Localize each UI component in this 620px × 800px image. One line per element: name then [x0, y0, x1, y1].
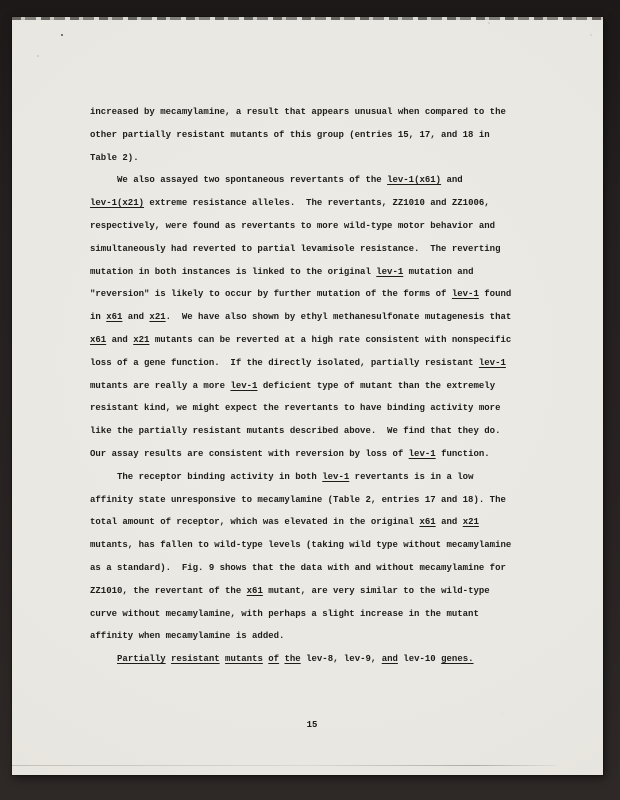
text-line: loss of a gene function. If the directly… [90, 352, 520, 375]
text-segment: resistant kind, we might expect the reve… [90, 403, 500, 413]
scan-background: { "page": { "number": "15", "lines": [ {… [0, 0, 620, 800]
text-line: in x61 and x21. We have also shown by et… [90, 306, 520, 329]
text-segment: curve without mecamylamine, with perhaps… [90, 609, 479, 619]
underlined-text-segment: lev-1 [322, 472, 349, 482]
text-segment: and [441, 175, 463, 185]
text-segment: and [436, 517, 463, 527]
text-segment: . We have also shown by ethyl methanesul… [166, 312, 512, 322]
underlined-text-segment: of [268, 654, 279, 664]
underlined-text-segment: x61 [247, 586, 263, 596]
page-number: 15 [300, 720, 324, 730]
text-segment: mutation in both instances is linked to … [90, 267, 376, 277]
text-segment: loss of a gene function. If the directly… [90, 358, 479, 368]
text-line: We also assayed two spontaneous revertan… [90, 169, 520, 192]
underlined-text-segment: lev-1 [452, 289, 479, 299]
underlined-text-segment: lev-1 [479, 358, 506, 368]
text-line: ZZ1010, the revertant of the x61 mutant,… [90, 580, 520, 603]
text-line: curve without mecamylamine, with perhaps… [90, 603, 520, 626]
text-segment: found [479, 289, 511, 299]
text-line: mutants, has fallen to wild-type levels … [90, 534, 520, 557]
text-segment: like the partially resistant mutants des… [90, 426, 500, 436]
underlined-text-segment: lev-1(x61) [387, 175, 441, 185]
text-segment: in [90, 312, 106, 322]
underlined-text-segment: x21 [149, 312, 165, 322]
underlined-text-segment: lev-1 [409, 449, 436, 459]
underlined-text-segment: lev-1 [376, 267, 403, 277]
text-block: increased by mecamylamine, a result that… [90, 101, 520, 671]
text-segment: mutants are really a more [90, 381, 230, 391]
underlined-text-segment: x21 [463, 517, 479, 527]
text-segment: affinity state unresponsive to mecamylam… [90, 495, 506, 505]
text-segment: affinity when mecamylamine is added. [90, 631, 284, 641]
text-segment: ZZ1010, the revertant of the [90, 586, 247, 596]
text-line: "reversion" is likely to occur by furthe… [90, 283, 520, 306]
text-line: The receptor binding activity in both le… [90, 466, 520, 489]
document-page: increased by mecamylamine, a result that… [12, 17, 603, 775]
dust-specks [61, 34, 63, 36]
text-segment: and [106, 335, 133, 345]
text-segment: mutants, has fallen to wild-type levels … [90, 540, 511, 550]
text-segment: respectively, were found as revertants t… [90, 221, 495, 231]
text-line: Table 2). [90, 147, 520, 170]
text-line: resistant kind, we might expect the reve… [90, 397, 520, 420]
underlined-text-segment: x61 [106, 312, 122, 322]
text-segment: total amount of receptor, which was elev… [90, 517, 419, 527]
text-line: other partially resistant mutants of thi… [90, 124, 520, 147]
text-segment: deficient type of mutant than the extrem… [257, 381, 495, 391]
text-segment: and [122, 312, 149, 322]
text-line: respectively, were found as revertants t… [90, 215, 520, 238]
underlined-text-segment: the [284, 654, 300, 664]
text-line: increased by mecamylamine, a result that… [90, 101, 520, 124]
text-segment: Our assay results are consistent with re… [90, 449, 409, 459]
underlined-text-segment: x61 [419, 517, 435, 527]
text-line: affinity when mecamylamine is added. [90, 625, 520, 648]
text-segment: The receptor binding activity in both [90, 472, 322, 482]
underlined-text-segment: Partially [117, 654, 166, 664]
text-line: simultaneously had reverted to partial l… [90, 238, 520, 261]
text-line: total amount of receptor, which was elev… [90, 511, 520, 534]
text-line: mutation in both instances is linked to … [90, 261, 520, 284]
text-segment: mutant, are very similar to the wild-typ… [263, 586, 490, 596]
underlined-text-segment: and [382, 654, 398, 664]
underlined-text-segment: lev-1(x21) [90, 198, 144, 208]
text-segment: lev-8, lev-9, [301, 654, 382, 664]
underlined-text-segment: lev-1 [230, 381, 257, 391]
text-segment: function. [436, 449, 490, 459]
text-segment: lev-10 [398, 654, 441, 664]
text-segment: simultaneously had reverted to partial l… [90, 244, 500, 254]
text-segment: We also assayed two spontaneous revertan… [90, 175, 387, 185]
underlined-text-segment: resistant [171, 654, 220, 664]
text-segment: increased by mecamylamine, a result that… [90, 107, 506, 117]
text-line: lev-1(x21) extreme resistance alleles. T… [90, 192, 520, 215]
underlined-text-segment: mutants [225, 654, 263, 664]
text-line: like the partially resistant mutants des… [90, 420, 520, 443]
text-segment: revertants is in a low [349, 472, 473, 482]
text-line: affinity state unresponsive to mecamylam… [90, 489, 520, 512]
text-segment: as a standard). Fig. 9 shows that the da… [90, 563, 506, 573]
underlined-text-segment: x61 [90, 335, 106, 345]
text-segment: other partially resistant mutants of thi… [90, 130, 490, 140]
text-line: x61 and x21 mutants can be reverted at a… [90, 329, 520, 352]
text-segment: Table 2). [90, 153, 139, 163]
text-line: Partially resistant mutants of the lev-8… [90, 648, 520, 671]
text-segment: mutants can be reverted at a high rate c… [149, 335, 511, 345]
text-segment: "reversion" is likely to occur by furthe… [90, 289, 452, 299]
text-segment: mutation and [403, 267, 473, 277]
text-segment: extreme resistance alleles. The revertan… [144, 198, 490, 208]
text-line: as a standard). Fig. 9 shows that the da… [90, 557, 520, 580]
underlined-text-segment: x21 [133, 335, 149, 345]
text-segment [90, 654, 117, 664]
text-line: mutants are really a more lev-1 deficien… [90, 375, 520, 398]
underlined-text-segment: genes. [441, 654, 473, 664]
text-line: Our assay results are consistent with re… [90, 443, 520, 466]
